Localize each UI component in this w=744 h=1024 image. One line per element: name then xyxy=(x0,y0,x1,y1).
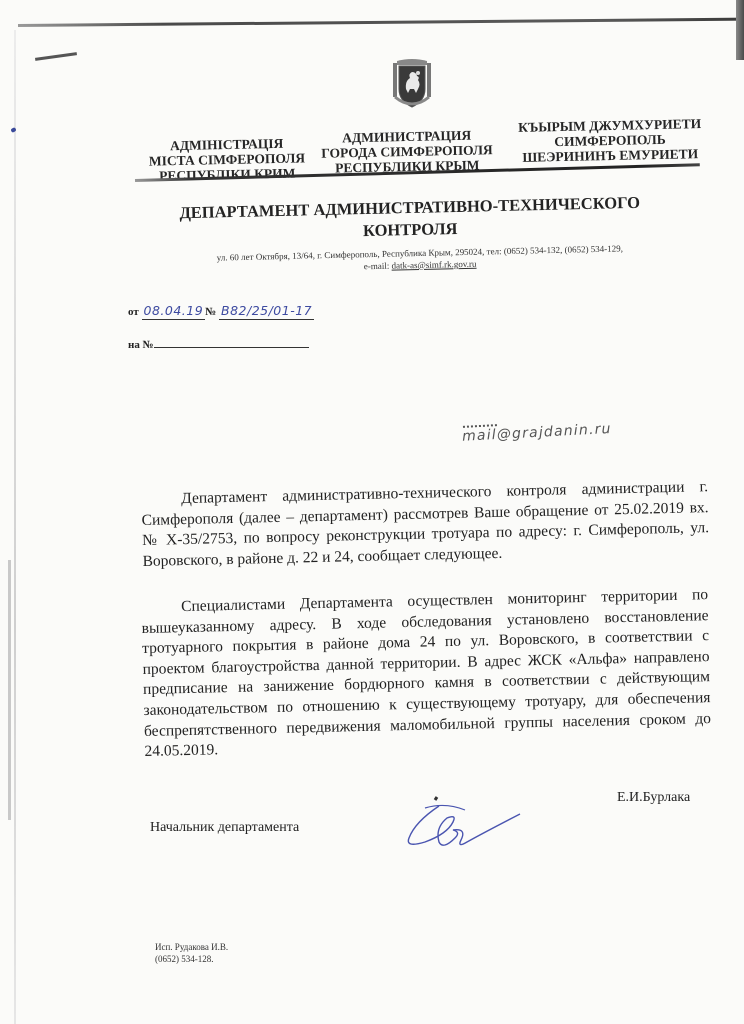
handwritten-recipient-email: mail@grajdanin.ru xyxy=(462,417,683,444)
signatory-name: Е.И.Бурлака xyxy=(617,790,690,806)
executor-info: Исп. Рудакова И.В. (0652) 534-128. xyxy=(155,941,228,965)
executor-phone: (0652) 534-128. xyxy=(155,953,228,965)
incoming-reference: на № xyxy=(128,337,328,351)
handwritten-number: В82/25/01-17 xyxy=(219,303,314,320)
scan-artifact-edge xyxy=(736,0,744,60)
header-line: ШЕЭРИНИНЪ ЕМУРИЕТИ xyxy=(510,146,710,165)
outgoing-reference: от 08.04.19№ В82/25/01-17 xyxy=(128,303,348,320)
crimea-coat-of-arms-icon xyxy=(391,59,433,111)
handwritten-date: 08.04.19 xyxy=(142,303,206,320)
reply-label: на № xyxy=(128,339,154,351)
scan-artifact-line xyxy=(18,18,744,27)
scan-artifact-mark xyxy=(35,52,77,61)
executor-name: Исп. Рудакова И.В. xyxy=(155,941,228,953)
paragraph-text: Департамент административно-технического… xyxy=(141,477,710,572)
department-title: ДЕПАРТАМЕНТ АДМИНИСТРАТИВНО-ТЕХНИЧЕСКОГО… xyxy=(160,191,661,246)
scan-page-edge xyxy=(8,560,11,820)
header-org-crimean-tatar: КЪЫРЫМ ДЖУМХУРИЕТИ СИМФЕРОПОЛЬ ШЕЭРИНИНЪ… xyxy=(510,116,711,165)
paragraph-text: Специалистами Департамента осуществлен м… xyxy=(141,585,712,763)
signatory-title: Начальник департамента xyxy=(150,820,299,836)
email-label: e-mail: xyxy=(364,261,392,272)
department-contacts: ул. 60 лет Октября, 13/64, г. Симферопол… xyxy=(180,242,660,277)
body-paragraph-2: Специалистами Департамента осуществлен м… xyxy=(141,585,712,763)
department-email-link[interactable]: datk-as@simf.rk.gov.ru xyxy=(391,259,476,271)
reply-number-blank xyxy=(154,337,309,348)
body-paragraph-1: Департамент административно-технического… xyxy=(141,477,710,572)
from-label: от xyxy=(128,306,139,318)
scan-page-edge xyxy=(14,30,16,1024)
handwritten-signature-icon xyxy=(395,792,525,852)
number-label: № xyxy=(205,306,216,318)
